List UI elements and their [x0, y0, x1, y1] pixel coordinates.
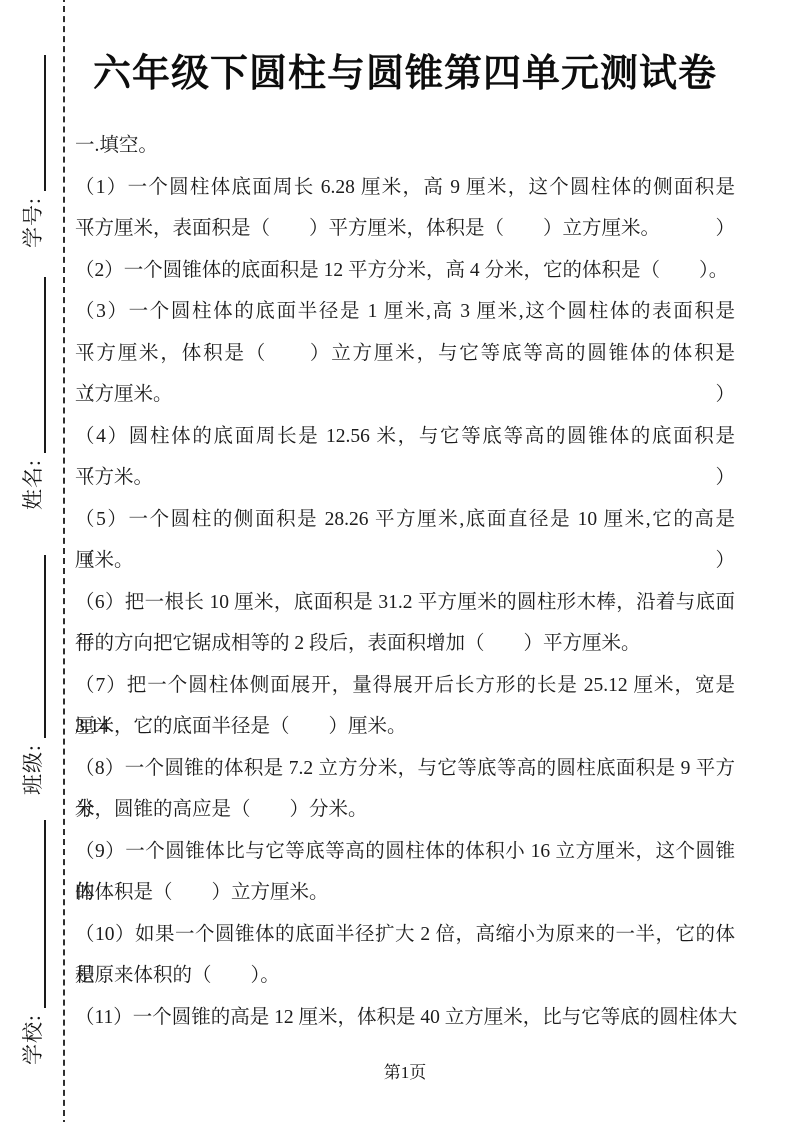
question-line: 平方厘米，体积是（ ）立方厘米，与它等底等高的圆锥体的体积是（ ） [75, 333, 735, 375]
question-line: （9）一个圆锥体比与它等底等高的圆柱体的体积小 16 立方厘米，这个圆锥体 [75, 831, 735, 873]
school-field: 学校: [18, 820, 46, 1065]
question-line: （7）把一个圆柱体侧面展开，量得展开后长方形的长是 25.12 厘米，宽是 3.… [75, 665, 735, 707]
margin-dashed-line [63, 0, 65, 1122]
class-label: 班级: [18, 744, 46, 795]
page-title: 六年级下圆柱与圆锥第四单元测试卷 [75, 50, 735, 99]
question-line: （11）一个圆锥的高是 12 厘米，体积是 40 立方厘米，比与它等底的圆柱体大 [75, 997, 735, 1039]
question-line: 平方厘米，表面积是（ ）平方厘米，体积是（ ）立方厘米。 [75, 208, 735, 250]
question-line: （8）一个圆锥的体积是 7.2 立方分米，与它等底等高的圆柱底面积是 9 平方分 [75, 748, 735, 790]
question-line: （5）一个圆柱的侧面积是 28.26 平方厘米,底面直径是 10 厘米,它的高是… [75, 499, 735, 541]
student-id-field: 学号: [18, 55, 46, 248]
question-line: （6）把一根长 10 厘米，底面积是 31.2 平方厘米的圆柱形木棒，沿着与底面… [75, 582, 735, 624]
paper-content: 六年级下圆柱与圆锥第四单元测试卷 一.填空。 （1）一个圆柱体底面周长 6.28… [75, 0, 735, 1083]
question-line: （10）如果一个圆锥体的底面半径扩大 2 倍，高缩小为原来的一半，它的体积 [75, 914, 735, 956]
question-line: 行的方向把它锯成相等的 2 段后，表面积增加（ ）平方厘米。 [75, 623, 735, 665]
student-name-field: 姓名: [18, 277, 46, 510]
school-label: 学校: [18, 1014, 46, 1065]
school-blank-line [18, 820, 46, 1008]
question-line: （4）圆柱体的底面周长是 12.56 米，与它等底等高的圆锥体的底面积是（ ） [75, 416, 735, 458]
section-heading: 一.填空。 [75, 125, 735, 167]
student-name-label: 姓名: [18, 459, 46, 510]
question-line: 的体积是（ ）立方厘米。 [75, 872, 735, 914]
question-line: 米，圆锥的高应是（ ）分米。 [75, 789, 735, 831]
question-line: 厘米，它的底面半径是（ ）厘米。 [75, 706, 735, 748]
student-id-label: 学号: [18, 197, 46, 248]
question-line: （3）一个圆柱体的底面半径是 1 厘米,高 3 厘米,这个圆柱体的表面积是（ ） [75, 291, 735, 333]
student-name-blank-line [18, 277, 46, 453]
class-field: 班级: [18, 555, 46, 795]
test-paper-page: 学号: 姓名: 班级: 学校: 六年级下圆柱与圆锥第四单元测试卷 一.填空。 （… [0, 0, 793, 1122]
questions-list: （1）一个圆柱体底面周长 6.28 厘米，高 9 厘米，这个圆柱体的侧面积是（ … [75, 167, 735, 1039]
question-line: （2）一个圆锥体的底面积是 12 平方分米，高 4 分米，它的体积是（ ）。 [75, 250, 735, 292]
student-id-blank-line [18, 55, 46, 191]
page-footer: 第1页 [75, 1058, 735, 1083]
question-line: 是原来体积的（ ）。 [75, 955, 735, 997]
question-line: （1）一个圆柱体底面周长 6.28 厘米，高 9 厘米，这个圆柱体的侧面积是（ … [75, 167, 735, 209]
class-blank-line [18, 555, 46, 738]
